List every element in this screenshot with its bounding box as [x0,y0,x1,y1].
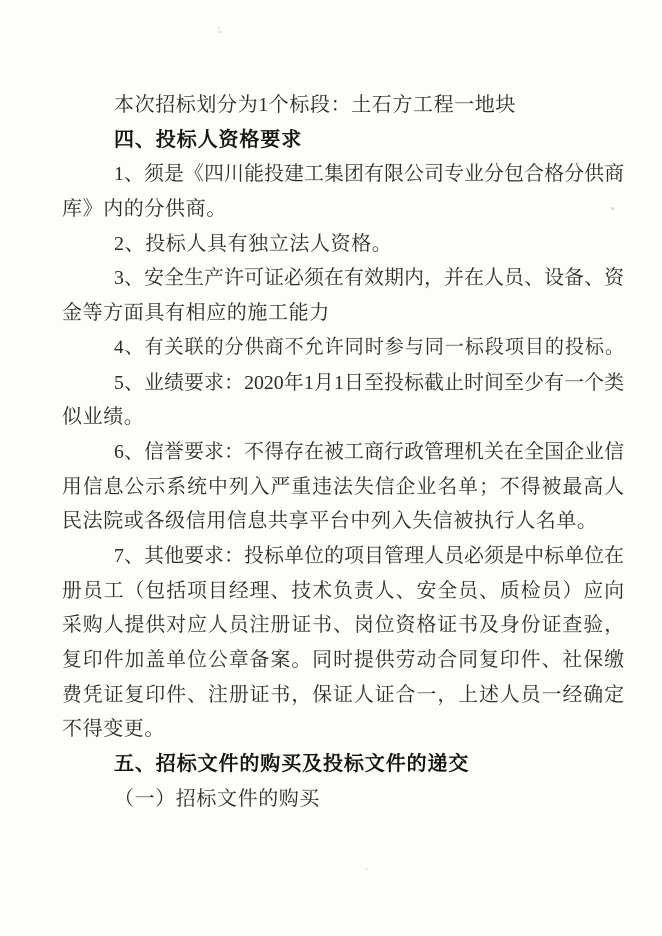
scan-speckle [218,31,223,33]
text-line: 3、安全生产许可证必须在有效期内，并在人员、设备、资 [62,261,624,296]
paragraph: 6、信誉要求：不得存在被工商行政管理机关在全国企业信用信息公示系统中列入严重违法… [62,435,624,539]
text-line: 似业绩。 [62,400,624,435]
text-line: 本次招标划分为1个标段：土石方工程一地块 [62,88,624,123]
paragraph: （一）招标文件的购买 [62,782,624,817]
document-page: 本次招标划分为1个标段：土石方工程一地块四、投标人资格要求1、须是《四川能投建工… [0,0,662,936]
paragraph: 3、安全生产许可证必须在有效期内，并在人员、设备、资金等方面具有相应的施工能力 [62,261,624,330]
text-line: 1、须是《四川能投建工集团有限公司专业分包合格分供商 [62,157,624,192]
text-line: 5、业绩要求：2020年1月1日至投标截止时间至少有一个类 [62,366,624,401]
text-line: 4、有关联的分供商不允许同时参与同一标段项目的投标。 [62,331,624,366]
paragraph: 2、投标人具有独立法人资格。 [62,227,624,262]
scanned-document-screenshot: { "page": { "kind": "scanned tender docu… [0,0,662,936]
document-body: 本次招标划分为1个标段：土石方工程一地块四、投标人资格要求1、须是《四川能投建工… [62,88,624,816]
text-line: 不得变更。 [62,712,624,747]
text-line: 金等方面具有相应的施工能力 [62,296,624,331]
paragraph: 4、有关联的分供商不允许同时参与同一标段项目的投标。 [62,331,624,366]
scan-speckle [366,868,368,870]
text-line: 采购人提供对应人员注册证书、岗位资格证书及身份证查验， [62,608,624,643]
text-line: 7、其他要求：投标单位的项目管理人员必须是中标单位在 [62,539,624,574]
text-line: （一）招标文件的购买 [62,782,624,817]
paragraph: 5、业绩要求：2020年1月1日至投标截止时间至少有一个类似业绩。 [62,366,624,435]
text-line: 民法院或各级信用信息共享平台中列入失信被执行人名单。 [62,504,624,539]
paragraph: 本次招标划分为1个标段：土石方工程一地块 [62,88,624,123]
text-line: 五、招标文件的购买及投标文件的递交 [62,747,624,782]
text-line: 册员工（包括项目经理、技术负责人、安全员、质检员）应向 [62,574,624,609]
text-line: 6、信誉要求：不得存在被工商行政管理机关在全国企业信 [62,435,624,470]
text-line: 用信息公示系统中列入严重违法失信企业名单；不得被最高人 [62,470,624,505]
text-line: 2、投标人具有独立法人资格。 [62,227,624,262]
section-heading: 五、招标文件的购买及投标文件的递交 [62,747,624,782]
text-line: 复印件加盖单位公章备案。同时提供劳动合同复印件、社保缴 [62,643,624,678]
section-heading: 四、投标人资格要求 [62,123,624,158]
text-line: 四、投标人资格要求 [62,123,624,158]
text-line: 费凭证复印件、注册证书，保证人证合一，上述人员一经确定 [62,678,624,713]
paragraph: 7、其他要求：投标单位的项目管理人员必须是中标单位在册员工（包括项目经理、技术负… [62,539,624,747]
text-line: 库》内的分供商。 [62,192,624,227]
paragraph: 1、须是《四川能投建工集团有限公司专业分包合格分供商库》内的分供商。 [62,157,624,226]
